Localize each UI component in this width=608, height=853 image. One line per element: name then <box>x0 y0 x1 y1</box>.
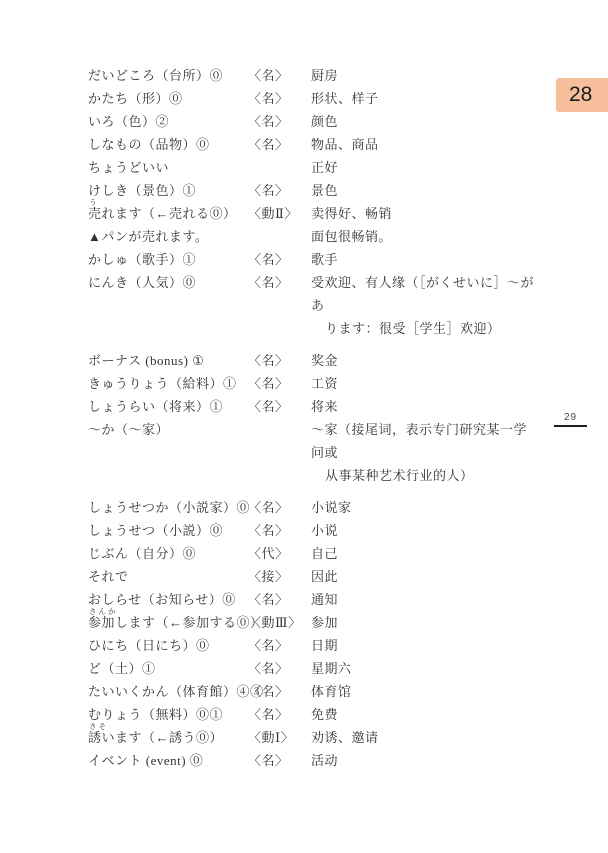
meaning-line: 厨房 <box>311 64 540 87</box>
meaning-line: 奖金 <box>311 349 540 372</box>
japanese-term: さんか参加します（←参加する⓪） <box>88 611 248 634</box>
japanese-term: かしゅ（歌手）① <box>88 248 248 271</box>
meaning-line: 体育馆 <box>311 680 540 703</box>
meaning-line: 劝诱、邀请 <box>311 726 540 749</box>
vocab-row: しょうらい（将来）①〈名〉将来 <box>88 395 540 418</box>
japanese-term: にんき（人気）⓪ <box>88 271 248 340</box>
kanji-with-furigana: さそ誘 <box>88 730 102 745</box>
vocab-row: ちょうどいい正好 <box>88 156 540 179</box>
vocab-list: だいどころ（台所）⓪〈名〉厨房かたち（形）⓪〈名〉形状、样子いろ（色）②〈名〉颜… <box>88 64 540 772</box>
vocab-row: ひにち（日にち）⓪〈名〉日期 <box>88 634 540 657</box>
japanese-term: けしき（景色）① <box>88 179 248 202</box>
meaning-line: 小说家 <box>311 496 540 519</box>
part-of-speech-label: 〈名〉 <box>248 703 311 726</box>
part-of-speech-label: 〈名〉 <box>248 179 311 202</box>
meaning-line: 通知 <box>311 588 540 611</box>
furigana: さそ <box>89 723 108 731</box>
meaning-continuation-line: 从事某种艺术行业的人） <box>311 464 540 487</box>
japanese-term: う売れます（←売れる⓪） <box>88 202 248 225</box>
meaning-continuation-line: ります：很受［学生］欢迎） <box>311 317 540 340</box>
vocab-row: それで〈接〉因此 <box>88 565 540 588</box>
chinese-meaning: 工资 <box>311 372 540 395</box>
part-of-speech-label: 〈名〉 <box>248 248 311 271</box>
meaning-line: 物品、商品 <box>311 133 540 156</box>
part-of-speech-label: 〈代〉 <box>248 542 311 565</box>
chinese-meaning: 厨房 <box>311 64 540 87</box>
chinese-meaning: 歌手 <box>311 248 540 271</box>
japanese-term: じぶん（自分）⓪ <box>88 542 248 565</box>
chinese-meaning: 通知 <box>311 588 540 611</box>
side-page-number: 29 <box>564 412 577 423</box>
vocab-row: ボーナス (bonus) ①〈名〉奖金 <box>88 349 540 372</box>
chinese-meaning: 参加 <box>311 611 540 634</box>
chinese-meaning: 奖金 <box>311 349 540 372</box>
vocab-row: おしらせ（お知らせ）⓪〈名〉通知 <box>88 588 540 611</box>
japanese-term: イベント (event) ⓪ <box>88 749 248 772</box>
vocab-row: ど（土）①〈名〉星期六 <box>88 657 540 680</box>
part-of-speech-label: 〈名〉 <box>248 64 311 87</box>
japanese-term: ちょうどいい <box>88 156 248 179</box>
chinese-meaning: 星期六 <box>311 657 540 680</box>
meaning-line: 小说 <box>311 519 540 542</box>
meaning-line: 形状、样子 <box>311 87 540 110</box>
japanese-term: ひにち（日にち）⓪ <box>88 634 248 657</box>
japanese-term: ▲パンが売れます。 <box>88 225 248 248</box>
chinese-meaning: 因此 <box>311 565 540 588</box>
part-of-speech-label: 〈名〉 <box>248 519 311 542</box>
chinese-meaning: 形状、样子 <box>311 87 540 110</box>
vocab-row: ▲パンが売れます。面包很畅销。 <box>88 225 540 248</box>
japanese-term: ど（土）① <box>88 657 248 680</box>
vocab-row: さんか参加します（←参加する⓪）〈動Ⅲ〉参加 <box>88 611 540 634</box>
part-of-speech-label: 〈名〉 <box>248 349 311 372</box>
japanese-term: むりょう（無料）⓪① <box>88 703 248 726</box>
meaning-line: 活动 <box>311 749 540 772</box>
chinese-meaning: ～家（接尾词，表示专门研究某一学问或从事某种艺术行业的人） <box>311 418 540 487</box>
meaning-line: 免费 <box>311 703 540 726</box>
meaning-line: 正好 <box>311 156 540 179</box>
part-of-speech-label: 〈名〉 <box>248 749 311 772</box>
vocab-row: じぶん（自分）⓪〈代〉自己 <box>88 542 540 565</box>
meaning-line: 星期六 <box>311 657 540 680</box>
vocab-row: イベント (event) ⓪〈名〉活动 <box>88 749 540 772</box>
vocab-row: たいいくかん（体育館）④③〈名〉体育馆 <box>88 680 540 703</box>
japanese-term: いろ（色）② <box>88 110 248 133</box>
meaning-line: 参加 <box>311 611 540 634</box>
meaning-line: 工资 <box>311 372 540 395</box>
japanese-term: かたち（形）⓪ <box>88 87 248 110</box>
kanji-with-furigana: さんか参加 <box>88 615 115 630</box>
chinese-meaning: 物品、商品 <box>311 133 540 156</box>
chinese-meaning: 颜色 <box>311 110 540 133</box>
vocab-row: しなもの（品物）⓪〈名〉物品、商品 <box>88 133 540 156</box>
vocab-row: しょうせつか（小説家）⓪〈名〉小说家 <box>88 496 540 519</box>
chinese-meaning: 免费 <box>311 703 540 726</box>
meaning-line: ～家（接尾词，表示专门研究某一学问或 <box>311 418 540 464</box>
part-of-speech-label: 〈名〉 <box>248 588 311 611</box>
chinese-meaning: 小说家 <box>311 496 540 519</box>
part-of-speech-label: 〈名〉 <box>248 87 311 110</box>
part-of-speech-label: 〈名〉 <box>248 271 311 340</box>
vocab-row: う売れます（←売れる⓪）〈動Ⅱ〉卖得好、畅销 <box>88 202 540 225</box>
chinese-meaning: 劝诱、邀请 <box>311 726 540 749</box>
vocab-row: にんき（人気）⓪〈名〉受欢迎、有人缘（［がくせいに］～があります：很受［学生］欢… <box>88 271 540 340</box>
chinese-meaning: 面包很畅销。 <box>311 225 540 248</box>
part-of-speech-label: 〈名〉 <box>248 395 311 418</box>
part-of-speech-label: 〈名〉 <box>248 634 311 657</box>
japanese-term: しょうらい（将来）① <box>88 395 248 418</box>
meaning-line: 自己 <box>311 542 540 565</box>
furigana: う <box>89 199 99 207</box>
vocab-row: しょうせつ（小説）⓪〈名〉小说 <box>88 519 540 542</box>
chinese-meaning: 受欢迎、有人缘（［がくせいに］～があります：很受［学生］欢迎） <box>311 271 540 340</box>
vocab-row: きゅうりょう（給料）①〈名〉工资 <box>88 372 540 395</box>
part-of-speech-label: 〈動Ⅰ〉 <box>248 726 311 749</box>
japanese-term: たいいくかん（体育館）④③ <box>88 680 248 703</box>
vocab-row: さそ誘います（←誘う⓪）〈動Ⅰ〉劝诱、邀请 <box>88 726 540 749</box>
chinese-meaning: 日期 <box>311 634 540 657</box>
vocab-row: いろ（色）②〈名〉颜色 <box>88 110 540 133</box>
vocab-row: だいどころ（台所）⓪〈名〉厨房 <box>88 64 540 87</box>
meaning-line: 面包很畅销。 <box>311 225 540 248</box>
meaning-line: 日期 <box>311 634 540 657</box>
japanese-term: しなもの（品物）⓪ <box>88 133 248 156</box>
japanese-term: だいどころ（台所）⓪ <box>88 64 248 87</box>
japanese-term: ボーナス (bonus) ① <box>88 349 248 372</box>
meaning-line: 卖得好、畅销 <box>311 202 540 225</box>
part-of-speech-label: 〈動Ⅲ〉 <box>248 611 311 634</box>
japanese-term: しょうせつ（小説）⓪ <box>88 519 248 542</box>
part-of-speech-label <box>248 418 311 487</box>
part-of-speech-label: 〈接〉 <box>248 565 311 588</box>
meaning-line: 颜色 <box>311 110 540 133</box>
part-of-speech-label: 〈名〉 <box>248 372 311 395</box>
part-of-speech-label: 〈動Ⅱ〉 <box>248 202 311 225</box>
chinese-meaning: 景色 <box>311 179 540 202</box>
meaning-line: 因此 <box>311 565 540 588</box>
chapter-tab-number: 28 <box>569 83 592 107</box>
chapter-tab: 28 <box>556 78 608 112</box>
part-of-speech-label: 〈名〉 <box>248 496 311 519</box>
japanese-term: しょうせつか（小説家）⓪ <box>88 496 248 519</box>
furigana: さんか <box>89 608 118 616</box>
chinese-meaning: 小说 <box>311 519 540 542</box>
chinese-meaning: 将来 <box>311 395 540 418</box>
part-of-speech-label: 〈名〉 <box>248 110 311 133</box>
part-of-speech-label: 〈名〉 <box>248 680 311 703</box>
chinese-meaning: 活动 <box>311 749 540 772</box>
vocab-row: ～か（～家）～家（接尾词，表示专门研究某一学问或从事某种艺术行业的人） <box>88 418 540 487</box>
side-page-marker: 29 <box>554 412 587 427</box>
vocab-row: かしゅ（歌手）①〈名〉歌手 <box>88 248 540 271</box>
meaning-line: 将来 <box>311 395 540 418</box>
japanese-term: ～か（～家） <box>88 418 248 487</box>
meaning-line: 歌手 <box>311 248 540 271</box>
japanese-term: それで <box>88 565 248 588</box>
part-of-speech-label <box>248 225 311 248</box>
vocab-row: けしき（景色）①〈名〉景色 <box>88 179 540 202</box>
part-of-speech-label: 〈名〉 <box>248 133 311 156</box>
japanese-term: さそ誘います（←誘う⓪） <box>88 726 248 749</box>
chinese-meaning: 自己 <box>311 542 540 565</box>
meaning-line: 受欢迎、有人缘（［がくせいに］～があ <box>311 271 540 317</box>
vocab-row: むりょう（無料）⓪①〈名〉免费 <box>88 703 540 726</box>
chinese-meaning: 体育馆 <box>311 680 540 703</box>
chinese-meaning: 正好 <box>311 156 540 179</box>
part-of-speech-label <box>248 156 311 179</box>
textbook-page: 28 29 だいどころ（台所）⓪〈名〉厨房かたち（形）⓪〈名〉形状、样子いろ（色… <box>0 0 608 853</box>
chinese-meaning: 卖得好、畅销 <box>311 202 540 225</box>
meaning-line: 景色 <box>311 179 540 202</box>
side-page-rule <box>554 425 587 427</box>
part-of-speech-label: 〈名〉 <box>248 657 311 680</box>
japanese-term: きゅうりょう（給料）① <box>88 372 248 395</box>
kanji-with-furigana: う売 <box>88 206 102 221</box>
vocab-row: かたち（形）⓪〈名〉形状、样子 <box>88 87 540 110</box>
